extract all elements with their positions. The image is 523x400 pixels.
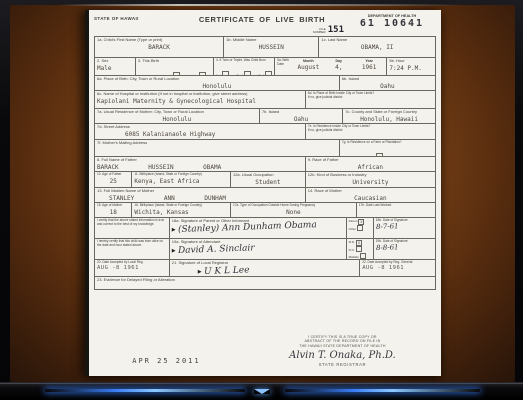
- field-father-industry: 12b. Kind of Business or Industry Univer…: [306, 172, 435, 187]
- checkbox-do: [356, 246, 362, 252]
- certificate-title-block: CERTIFICATE OF LIVE BIRTH FILE NUMBER 15…: [176, 12, 348, 36]
- row-attendant-signature: I hereby certify that this child was bor…: [95, 239, 435, 260]
- registrar-signature-script: U K L Lee: [203, 265, 249, 276]
- row-mother-name: 13. Full Maiden Name of Mother STANLEY A…: [95, 188, 435, 203]
- attendant-signature-script: David A. Sinclair: [177, 243, 254, 256]
- screen-top-highlight: [60, 4, 460, 6]
- field-street-address: 7d. Street Address 6085 Kalanianaole Hig…: [95, 124, 306, 139]
- field-date-accepted-general: 22. Date Accepted by Reg. General AUG -8…: [360, 260, 435, 276]
- field-father-birthplace: 11. Birthplace (Island, State or Foreign…: [132, 172, 231, 187]
- parent-certify-statement: I certify that the above stated informat…: [95, 218, 170, 238]
- field-delayed-filing: 23. Evidence for Delayed Filing or Alter…: [95, 277, 435, 289]
- bezel-hairline: [0, 383, 523, 384]
- certification-footer: APR 25 2011 I CERTIFY THIS IS A TRUE COP…: [89, 335, 441, 368]
- state-label: STATE OF HAWAII: [94, 12, 176, 36]
- field-residence-city: 7a. Usual Residence of Mother: City, Tow…: [95, 109, 260, 123]
- birth-month: Month August: [293, 59, 323, 74]
- row-registrar: 20. Date Accepted by Local Reg. AUG -8 1…: [95, 260, 435, 277]
- field-attendant-signature: 19a. Signature of Attendant ▶ David A. S…: [170, 239, 347, 259]
- field-last-name: 1c. Last Name OBAMA, II: [319, 37, 435, 57]
- certificate-number-stamp: 61 10641: [348, 18, 436, 29]
- field-child-first-name: 1a. Child's First Name (Type or print) B…: [95, 37, 224, 57]
- row-father-name: 8. Full Name of Father BARACK HUSSEIN OB…: [95, 157, 435, 172]
- state-registrar-signature: Alvin T. Onaka, Ph.D.: [244, 350, 441, 361]
- checkbox-triplet: [199, 72, 206, 75]
- field-sex: 2. Sex Male: [95, 58, 136, 75]
- parent-other-checkboxes: ParentX Other: [347, 218, 374, 238]
- field-hour: 5b. Hour 7:24 P.M.: [387, 58, 435, 75]
- led-glow-left: [45, 389, 245, 392]
- file-number-value: 151: [328, 26, 344, 34]
- file-number-block: FILE NUMBER 151: [176, 26, 348, 34]
- field-mother-name: 13. Full Maiden Name of Mother STANLEY A…: [95, 188, 306, 202]
- field-attendant-signature-date: 19b. Date of Signature 8-8-61: [374, 239, 435, 259]
- issue-date-stamp: APR 25 2011: [132, 357, 200, 365]
- checkbox-twin: [173, 72, 180, 75]
- checkbox-1st: [222, 71, 229, 75]
- field-this-birth: 3. This Birth SingleX Twin Triplet: [136, 58, 214, 75]
- row-hospital: 6c. Name of Hospital or Institution (If …: [95, 91, 435, 109]
- row-father-details: 10. Age of Father 25 11. Birthplace (Isl…: [95, 172, 435, 188]
- attendant-certify-statement: I hereby certify that this child was bor…: [95, 239, 170, 259]
- row-residence: 7a. Usual Residence of Mother: City, Tow…: [95, 109, 435, 124]
- led-glow-right: [285, 389, 480, 392]
- checkbox-other-informant: [357, 225, 363, 231]
- field-island: 6b. Island Oahu: [340, 76, 435, 90]
- field-mother-race: 14. Race of Mother Caucasian: [306, 188, 435, 202]
- checkbox-midwife: [360, 253, 366, 259]
- field-parent-signature-date: 18b. Date of Signature 8-7-61: [374, 218, 435, 238]
- field-farm-plantation: 7g. Is Residence on a Farm or Plantation…: [340, 140, 435, 156]
- certificate-form: 1a. Child's First Name (Type or print) B…: [94, 36, 436, 290]
- state-registrar-title: STATE REGISTRAR: [244, 362, 441, 367]
- caret-icon: ▶: [198, 269, 202, 275]
- row-mother-details: 15. Age of Mother 18 16. Birthplace (Isl…: [95, 203, 435, 218]
- row-sex-birthdate: 2. Sex Male 3. This Birth SingleX Twin T…: [95, 58, 435, 76]
- file-number-label: FILE NUMBER: [313, 28, 326, 34]
- field-parent-signature: 18a. Signature of Parent or Other Inform…: [170, 218, 347, 238]
- power-led-icon: [254, 389, 270, 394]
- field-mother-birthplace: 16. Birthplace (Island, State or Foreign…: [132, 203, 231, 217]
- row-child-name: 1a. Child's First Name (Type or print) B…: [95, 37, 435, 58]
- checkbox-3rd: [265, 71, 272, 75]
- birth-year: Year 1961: [354, 59, 384, 74]
- row-place-of-birth: 6a. Place of Birth: City, Town or Rural …: [95, 76, 435, 91]
- local-reg-date-stamp: AUG -8 1961: [97, 265, 167, 271]
- department-block: DEPARTMENT OF HEALTH 61 10641: [348, 12, 436, 36]
- field-date-last-worked: 17b. Date Last Worked: [357, 203, 435, 217]
- row-street-address: 7d. Street Address 6085 Kalanianaole Hig…: [95, 124, 435, 140]
- field-father-race: 9. Race of Father African: [306, 157, 435, 171]
- certificate-header: STATE OF HAWAII CERTIFICATE OF LIVE BIRT…: [94, 12, 436, 36]
- field-father-occupation: 12a. Usual Occupation Student: [231, 172, 306, 187]
- field-residence-inside-limits: 7e. Is Residence Inside City or Town Lim…: [306, 124, 435, 139]
- field-residence-island: 7b. Island Oahu: [260, 109, 343, 123]
- field-mother-age: 15. Age of Mother 18: [95, 203, 132, 217]
- row-mailing-address: 7f. Mother's Mailing Address 7g. Is Resi…: [95, 140, 435, 157]
- certify-copy-line-3: THE HAWAII STATE DEPARTMENT OF HEALTH: [244, 344, 441, 348]
- field-father-age: 10. Age of Father 25: [95, 172, 132, 187]
- field-date-accepted-local: 20. Date Accepted by Local Reg. AUG -8 1…: [95, 260, 170, 276]
- reg-general-date-stamp: AUG -8 1961: [362, 265, 433, 271]
- field-twin-order: 4. If Twin or Triplet, Was Child Born 1s…: [214, 58, 275, 75]
- caret-icon: ▶: [172, 248, 176, 254]
- field-father-name: 8. Full Name of Father BARACK HUSSEIN OB…: [95, 157, 306, 171]
- field-local-registrar-signature: 21. Signature of Local Registrar ▶ U K L…: [170, 260, 360, 276]
- monitor-bottom-bezel: [0, 382, 523, 400]
- field-birth-date: 5a. Birth Date Month August Day 4, Year …: [275, 58, 387, 75]
- caret-icon: ▶: [172, 227, 176, 233]
- row-parent-signature: I certify that the above stated informat…: [95, 218, 435, 239]
- checkbox-2nd: [244, 71, 251, 75]
- field-mother-occupation: 17a. Type of Occupation Outside Home Dur…: [231, 203, 357, 217]
- field-hospital: 6c. Name of Hospital or Institution (If …: [95, 91, 306, 108]
- birth-day: Day 4,: [324, 59, 354, 74]
- certificate-title: CERTIFICATE OF LIVE BIRTH: [176, 12, 348, 24]
- field-mailing-address: 7f. Mother's Mailing Address: [95, 140, 340, 156]
- row-delayed-filing: 23. Evidence for Delayed Filing or Alter…: [95, 277, 435, 289]
- field-place-of-birth: 6a. Place of Birth: City, Town or Rural …: [95, 76, 340, 90]
- attendant-type-checkboxes: M.D.X D.O. Midwife Other: [347, 239, 374, 259]
- field-inside-city-limits: 6d. Is Place of Birth Inside City or Tow…: [306, 91, 435, 108]
- checkbox-7g-yes: [376, 153, 383, 156]
- field-middle-name: 1b. Middle Name HUSSEIN: [224, 37, 319, 57]
- birth-certificate-document: STATE OF HAWAII CERTIFICATE OF LIVE BIRT…: [85, 10, 441, 376]
- field-residence-county: 7c. County and State or Foreign Country …: [343, 109, 435, 123]
